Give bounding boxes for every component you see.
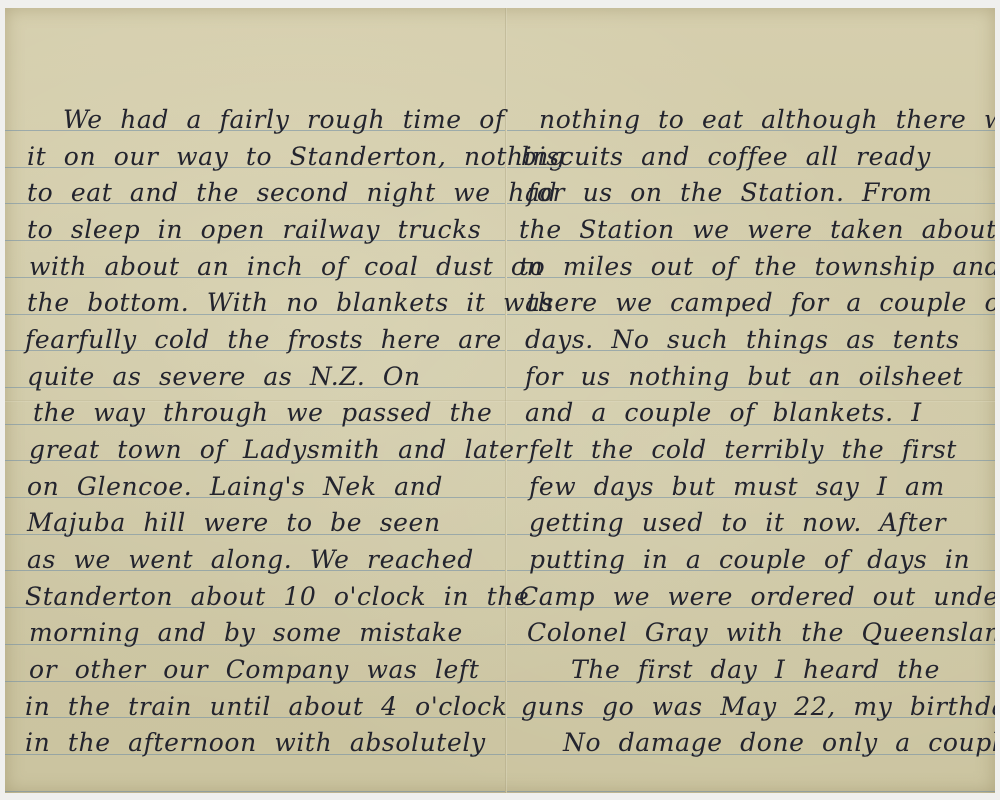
handwritten-line: felt the cold terribly the first xyxy=(529,435,957,465)
right-page-text: nothing to eat although there was biscui… xyxy=(507,8,995,793)
handwritten-line: to sleep in open railway trucks xyxy=(27,215,481,245)
handwritten-line: Colonel Gray with the Queenslanders. xyxy=(527,618,995,648)
handwritten-line: We had a fairly rough time of xyxy=(63,105,505,135)
handwritten-line: getting used to it now. After xyxy=(529,508,946,538)
left-page: We had a fairly rough time of it on our … xyxy=(5,8,505,793)
right-page: nothing to eat although there was biscui… xyxy=(507,8,995,793)
handwritten-line: on Glencoe. Laing's Nek and xyxy=(27,472,443,502)
handwritten-line: No damage done only a couple xyxy=(563,728,995,758)
letter-sheet: We had a fairly rough time of it on our … xyxy=(5,8,995,793)
handwritten-line: nothing to eat although there was xyxy=(539,105,995,135)
handwritten-line: Camp we were ordered out under xyxy=(519,582,995,612)
handwritten-line: the Station we were taken about xyxy=(519,215,995,245)
handwritten-line: Standerton about 10 o'clock in the xyxy=(25,582,529,612)
handwritten-line: The first day I heard the xyxy=(571,655,940,685)
handwritten-line: to eat and the second night we had xyxy=(27,178,557,208)
handwritten-line: quite as severe as N.Z. On xyxy=(27,362,421,392)
handwritten-line: in the afternoon with absolutely xyxy=(25,728,486,758)
handwritten-line: biscuits and coffee all ready xyxy=(521,142,931,172)
left-page-text: We had a fairly rough time of it on our … xyxy=(5,8,505,793)
handwritten-line: to miles out of the township and xyxy=(519,252,995,282)
handwritten-line: with about an inch of coal dust on xyxy=(29,252,543,282)
handwritten-line: days. No such things as tents xyxy=(525,325,960,355)
scanned-letter: We had a fairly rough time of it on our … xyxy=(0,0,1000,800)
handwritten-line: Majuba hill were to be seen xyxy=(27,508,441,538)
handwritten-line: the bottom. With no blankets it was xyxy=(27,288,554,318)
handwritten-line: or other our Company was left xyxy=(29,655,479,685)
handwritten-line: for us on the Station. From xyxy=(527,178,933,208)
handwritten-line: it on our way to Standerton, nothing xyxy=(27,142,566,172)
handwritten-line: the way through we passed the xyxy=(33,398,492,428)
handwritten-line: there we camped for a couple of xyxy=(527,288,995,318)
handwritten-line: morning and by some mistake xyxy=(29,618,463,648)
handwritten-line: guns go was May 22, my birthday. xyxy=(521,692,995,722)
handwritten-line: for us nothing but an oilsheet xyxy=(525,362,963,392)
handwritten-line: fearfully cold the frosts here are xyxy=(25,325,502,355)
handwritten-line: as we went along. We reached xyxy=(27,545,474,575)
handwritten-line: putting in a couple of days in xyxy=(529,545,970,575)
handwritten-line: and a couple of blankets. I xyxy=(525,398,922,428)
handwritten-line: great town of Ladysmith and later xyxy=(29,435,527,465)
handwritten-line: in the train until about 4 o'clock xyxy=(25,692,508,722)
handwritten-line: few days but must say I am xyxy=(529,472,945,502)
